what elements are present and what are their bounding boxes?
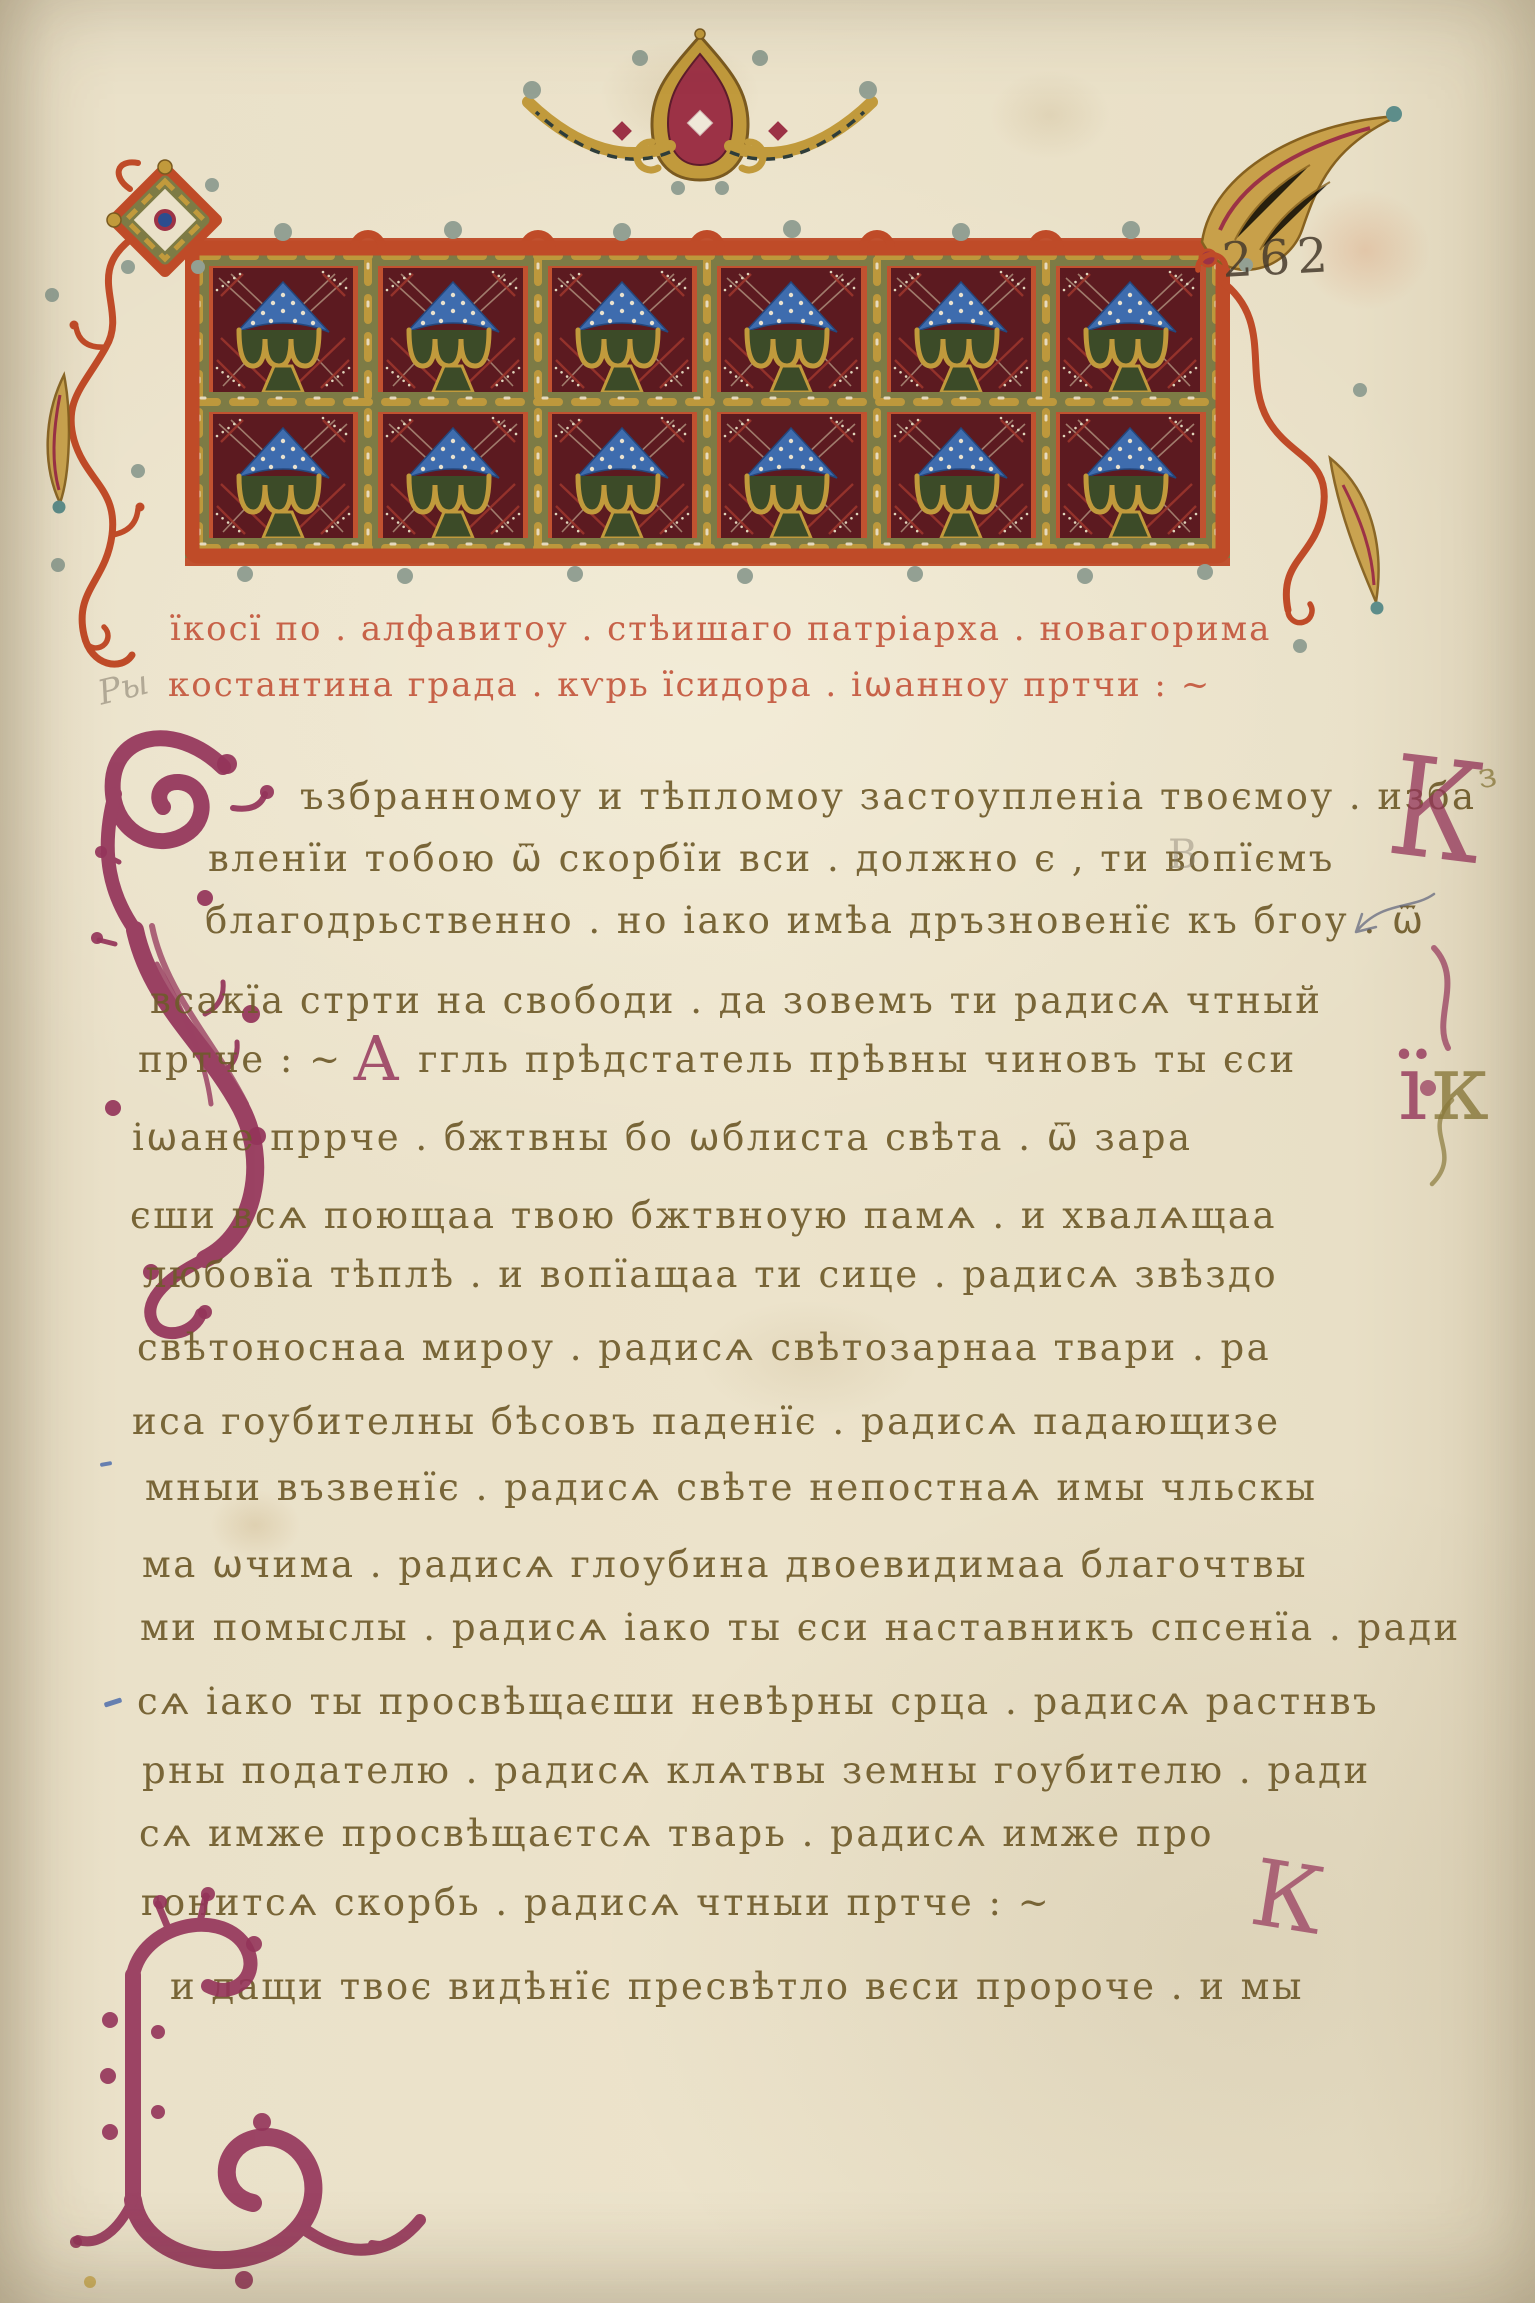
margin-letter-k: к — [1431, 1034, 1493, 1141]
text-line: єши всѧ поющаа твою бжтвноую памѧ . и хв… — [130, 1197, 1277, 1234]
headpiece-finial-ornament — [520, 28, 880, 223]
text-line: вленїи тобою ѿ скорбїи вси . должно є , … — [208, 840, 1335, 877]
folio-number: 262 — [1221, 227, 1336, 289]
right-margin-letters-ik: їк — [1398, 1042, 1493, 1134]
right-margin-letter-k-bottom: К — [1245, 1847, 1330, 1949]
text-line: иса гоубителны бѣсовъ паденїє . радисѧ п… — [132, 1403, 1280, 1440]
text-line: свѣтоноснаа мироу . радисѧ свѣтозарнаа т… — [137, 1329, 1271, 1366]
text-line: пртче : ~Аггль прѣдстатель прѣвны чиновъ… — [138, 1041, 1297, 1078]
right-margin-letter-k-top: К — [1382, 738, 1491, 886]
text-line: благодрьственно . но іако имѣа дръзновен… — [205, 902, 1425, 939]
manuscript-page: 262 їкосї по . алфавитоу . стѣишаго патр… — [0, 0, 1535, 2303]
text-line: мныи възвенїє . радисѧ свѣте непостнаѧ и… — [145, 1469, 1317, 1506]
left-margin-flourish — [30, 235, 160, 675]
text-line: іѡане пррче . бжтвны бо ѡблиста свѣта . … — [132, 1119, 1193, 1156]
headpiece-illumination — [185, 212, 1230, 592]
text-line: ма ѡчима . радисѧ глоубина двоевидимаа б… — [142, 1546, 1308, 1583]
blue-margin-tick — [100, 1461, 113, 1467]
text-line: ми помыслы . радисѧ іако ты єси наставни… — [140, 1609, 1461, 1646]
text-line-prefix: пртче : ~ — [138, 1038, 343, 1081]
text-line: сѧ іако ты просвѣщаєши невѣрны срца . ра… — [137, 1683, 1379, 1720]
faint-margin-letter-b: В — [1168, 832, 1197, 878]
text-line: любовїа тѣплѣ . и вопїащаа ти сице . рад… — [143, 1256, 1278, 1293]
drop-cap-initial-A: А — [353, 1022, 402, 1095]
bottom-left-ornamental-initial — [48, 1880, 428, 2300]
pencil-squiggle-mark — [1350, 888, 1450, 948]
blue-margin-tick — [104, 1697, 123, 1707]
parchment-stain — [990, 70, 1110, 160]
text-line: сѧ имже просвѣщаєтсѧ тварь . радисѧ имже… — [139, 1815, 1214, 1852]
text-line: ъзбранномоу и тѣпломоу застоупленіа твоє… — [300, 778, 1477, 815]
rubric-line: їкосї по . алфавитоу . стѣишаго патріарх… — [170, 612, 1271, 646]
text-line-rest: ггль прѣдстатель прѣвны чиновъ ты єси — [418, 1038, 1296, 1081]
text-line: всакїа стрти на свободи . да зовемъ ти р… — [150, 982, 1322, 1019]
rubric-line: костантина града . кѵрь їсидора . іѡанно… — [168, 668, 1211, 702]
grand-initial-V — [55, 712, 305, 1340]
right-margin-feather-flourish — [1180, 90, 1460, 670]
margin-letter-i: ї — [1398, 1034, 1431, 1141]
text-line: рны подателю . радисѧ клѧтвы земны гоуби… — [142, 1752, 1371, 1789]
